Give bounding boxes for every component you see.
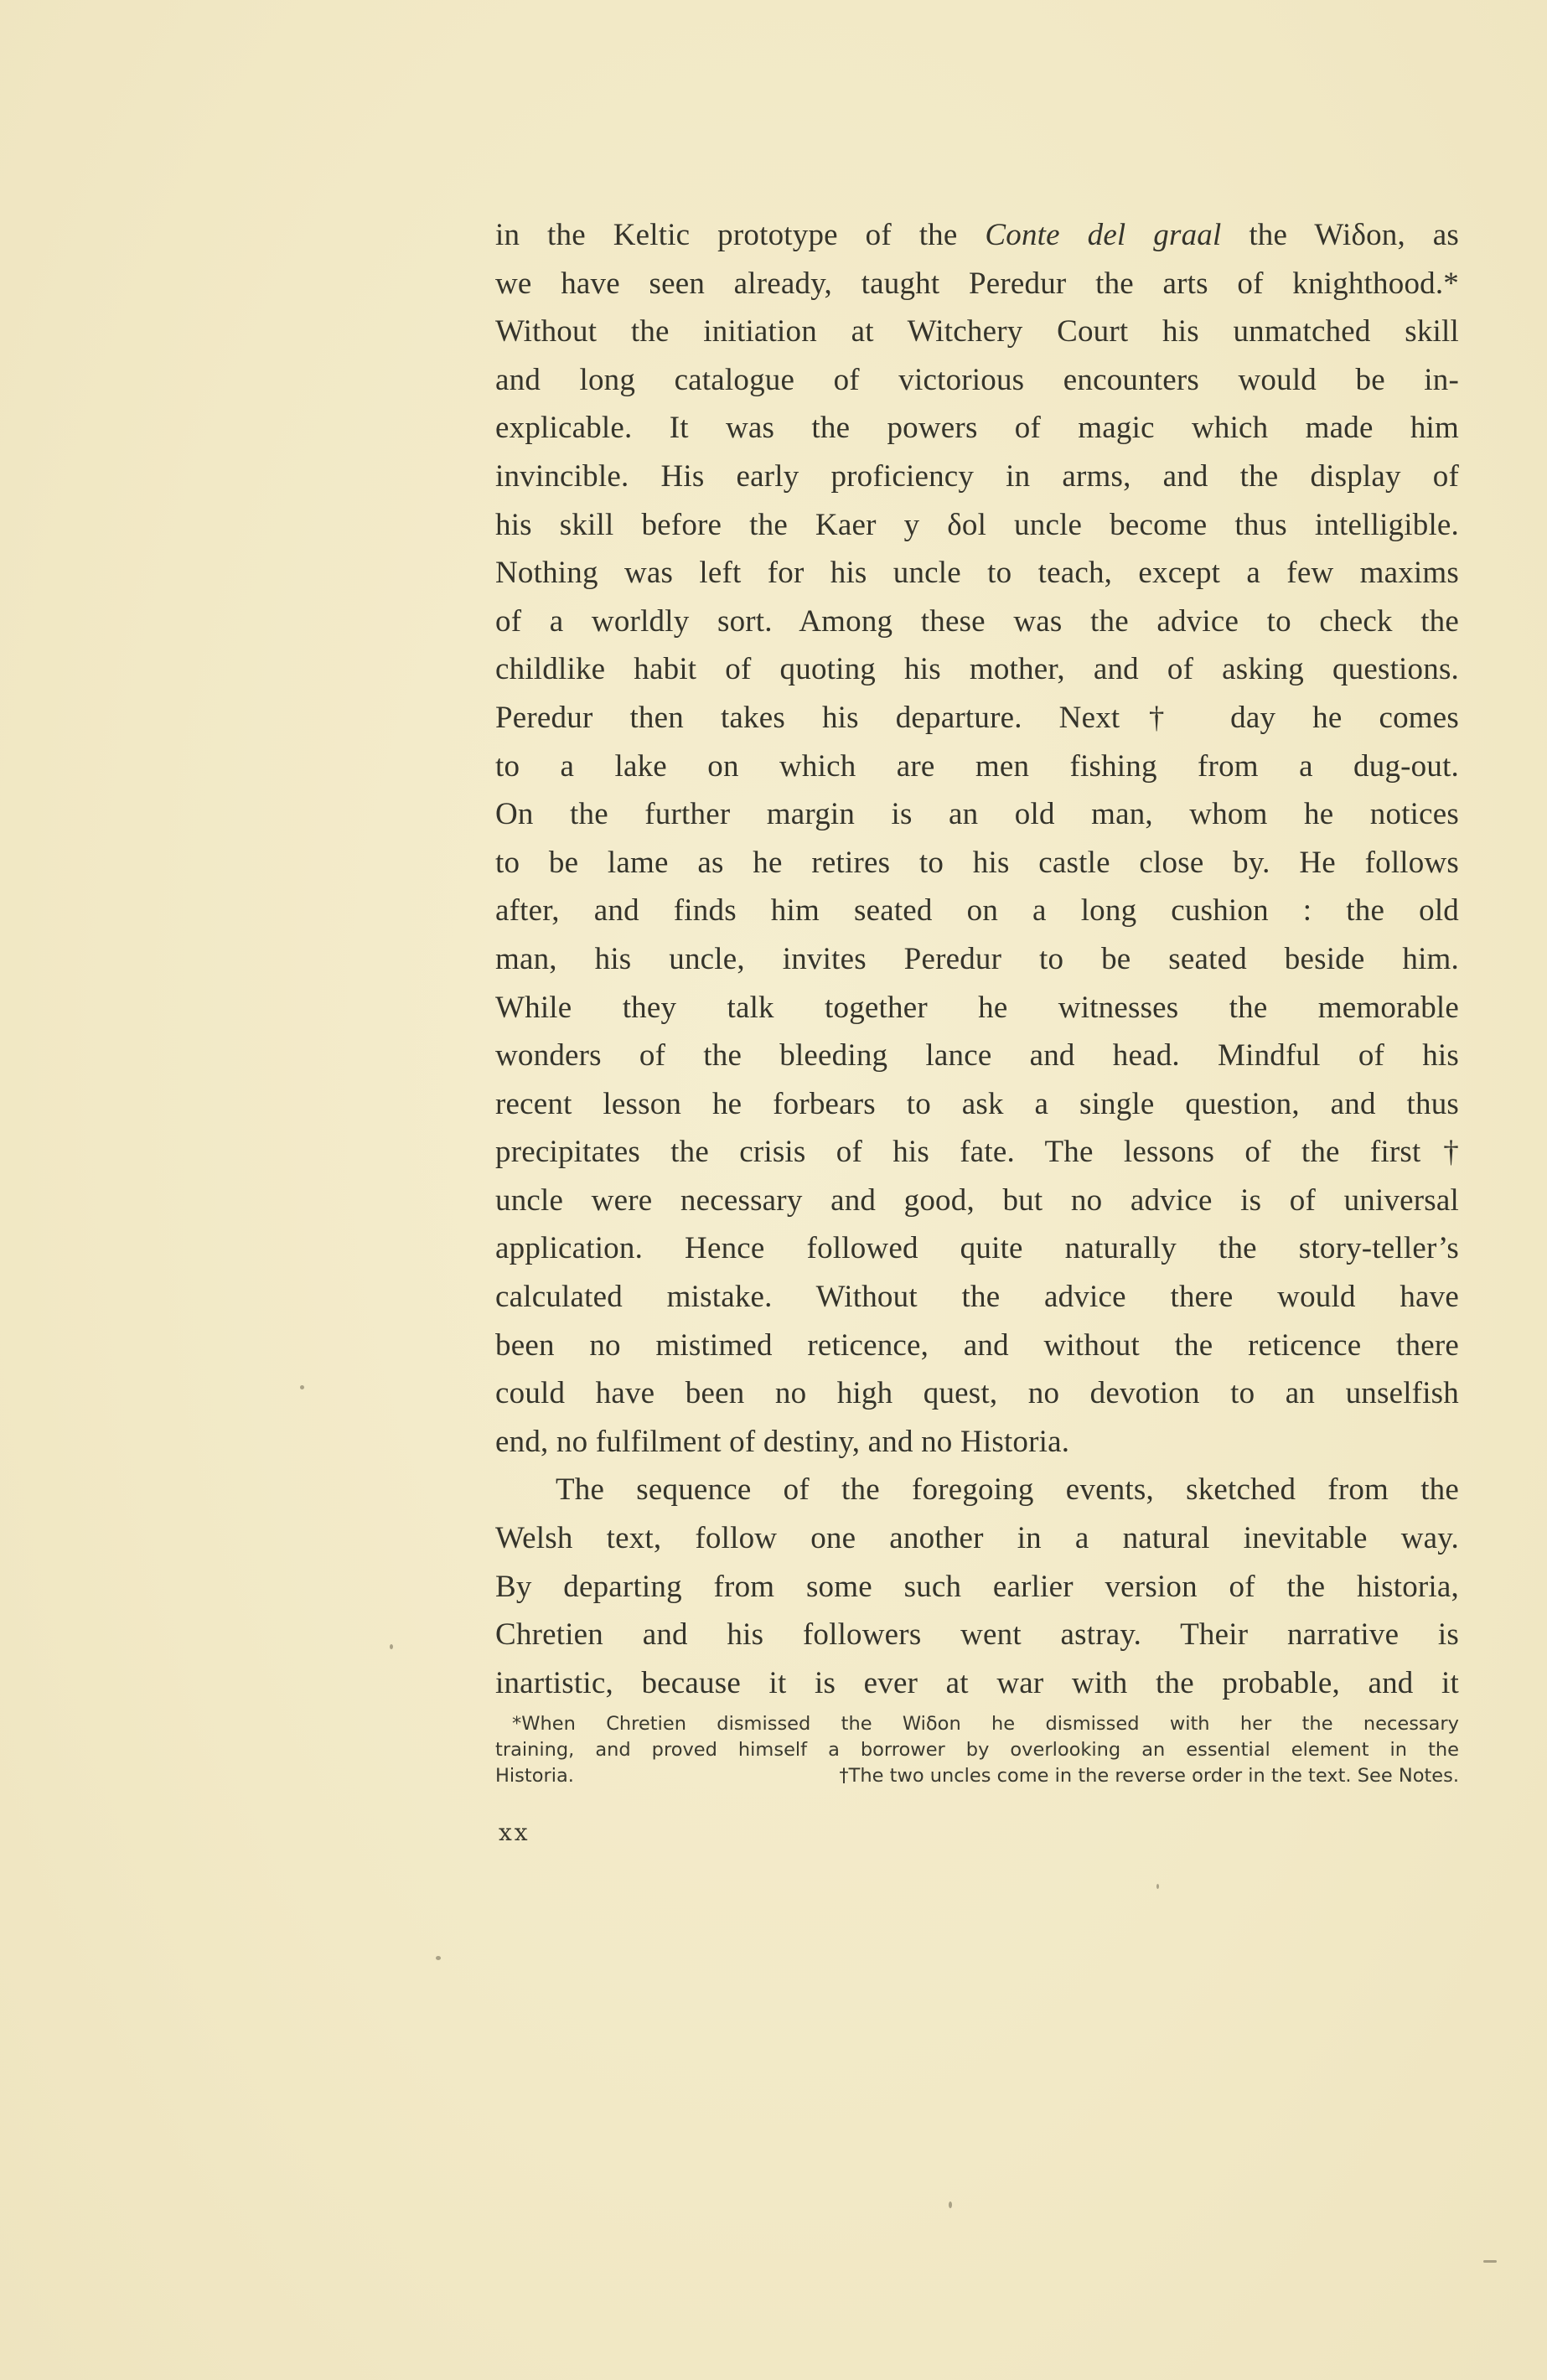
text-line: Chretien and his followers went astray. … bbox=[495, 1611, 1459, 1659]
text-line: calculated mistake. Without the advice t… bbox=[495, 1273, 1459, 1322]
footnote-asterisk-line: *When Chretien dismissed the Wiδon he di… bbox=[495, 1711, 1459, 1737]
text-line: Without the initiation at Witchery Court… bbox=[495, 308, 1459, 356]
text-line: By departing from some such earlier vers… bbox=[495, 1563, 1459, 1612]
text-line: recent lesson he forbears to ask a singl… bbox=[495, 1080, 1459, 1129]
footnote-dagger: †The two uncles come in the reverse orde… bbox=[839, 1763, 1459, 1789]
text-line: to a lake on which are men fishing from … bbox=[495, 742, 1459, 791]
footnote-asterisk-end: Historia. bbox=[495, 1763, 574, 1789]
text-line: uncle were necessary and good, but no ad… bbox=[495, 1177, 1459, 1225]
text-line: of a worldly sort. Among these was the a… bbox=[495, 598, 1459, 646]
paragraph-end-line: end, no fulfilment of destiny, and no Hi… bbox=[495, 1418, 1459, 1467]
text-line: his skill before the Kaer y δol uncle be… bbox=[495, 501, 1459, 550]
text-line: been no mistimed reticence, and without … bbox=[495, 1322, 1459, 1370]
text-line: application. Hence followed quite natura… bbox=[495, 1224, 1459, 1273]
scan-speck bbox=[300, 1385, 304, 1389]
text-line: in the Keltic prototype of the Conte del… bbox=[495, 211, 1459, 260]
body-text: in the Keltic prototype of the Conte del… bbox=[495, 211, 1459, 1707]
text-line: Welsh text, follow one another in a natu… bbox=[495, 1514, 1459, 1563]
book-page: in the Keltic prototype of the Conte del… bbox=[0, 0, 1547, 2380]
text-line: after, and finds him seated on a long cu… bbox=[495, 887, 1459, 935]
footnotes: *When Chretien dismissed the Wiδon he di… bbox=[495, 1711, 1459, 1789]
text-line: to be lame as he retires to his castle c… bbox=[495, 839, 1459, 887]
text-line: precipitates the crisis of his fate. The… bbox=[495, 1128, 1459, 1177]
text-line: While they talk together he witnesses th… bbox=[495, 984, 1459, 1032]
text-line: wonders of the bleeding lance and head. … bbox=[495, 1032, 1459, 1080]
footnote-asterisk-line: training, and proved himself a borrower … bbox=[495, 1737, 1459, 1763]
text-line: we have seen already, taught Peredur the… bbox=[495, 260, 1459, 308]
text-line: Peredur then takes his departure. Next† … bbox=[495, 694, 1459, 742]
scan-speck bbox=[1156, 1884, 1159, 1889]
page-number: xx bbox=[499, 1819, 530, 1846]
text-line: explicable. It was the powers of magic w… bbox=[495, 404, 1459, 453]
text-line: invincible. His early proficiency in arm… bbox=[495, 453, 1459, 501]
text-line: On the further margin is an old man, who… bbox=[495, 790, 1459, 839]
text-line: inartistic, because it is ever at war wi… bbox=[495, 1659, 1459, 1708]
paragraph-start-line: The sequence of the foregoing events, sk… bbox=[495, 1466, 1459, 1514]
scan-speck bbox=[1483, 2260, 1497, 2263]
text-line: and long catalogue of victorious encount… bbox=[495, 356, 1459, 405]
scan-speck bbox=[949, 2201, 952, 2208]
text-line: childlike habit of quoting his mother, a… bbox=[495, 645, 1459, 694]
scan-speck bbox=[390, 1644, 393, 1649]
text-line: could have been no high quest, no devoti… bbox=[495, 1369, 1459, 1418]
footnote-line: Historia. †The two uncles come in the re… bbox=[495, 1763, 1459, 1789]
italic-title: Conte del graal bbox=[985, 218, 1221, 252]
scan-speck bbox=[436, 1956, 441, 1960]
text-line: man, his uncle, invites Peredur to be se… bbox=[495, 935, 1459, 984]
text-line: Nothing was left for his uncle to teach,… bbox=[495, 549, 1459, 598]
